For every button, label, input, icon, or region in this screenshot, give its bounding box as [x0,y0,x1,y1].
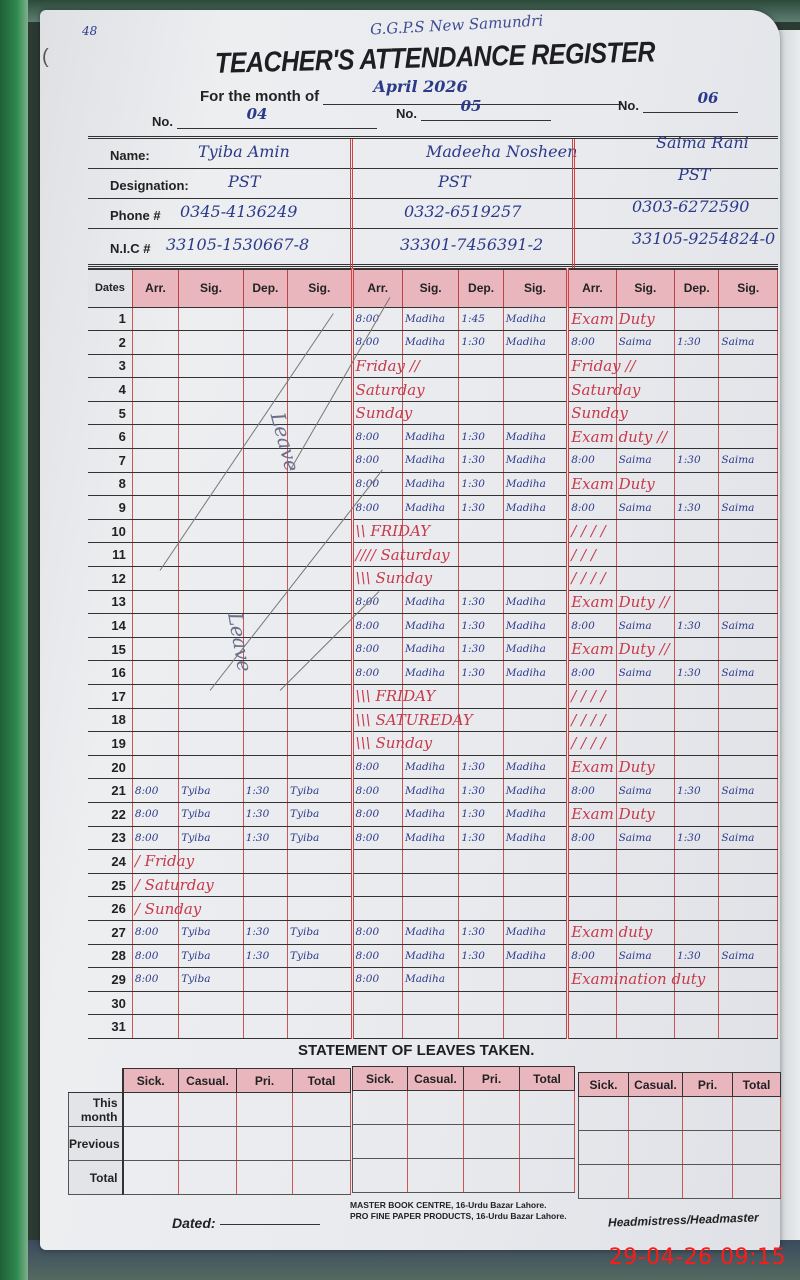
leaves-header-total: Total [520,1067,575,1091]
teacher-3-cell: Saima [719,944,778,968]
teacher-2-cell [503,873,568,897]
teacher-1-cell [179,590,244,614]
leaves-header-total: Total [733,1073,781,1097]
teacher-3-cell: / / / / [568,732,616,756]
teacher-2-cell: 1:30 [459,802,503,826]
teacher-1-cell: Tyiba [179,826,244,850]
teacher-2-cell [459,732,503,756]
teacher-1-cell [288,472,353,496]
date-cell: 2 [88,331,132,355]
teacher-2-cell: \\\ SATUREDAY [352,708,402,732]
teacher-2-cell [503,1015,568,1039]
teacher-3-cell [675,991,719,1015]
teacher-3-cell [616,519,674,543]
teacher-3-cell: 8:00 [568,944,616,968]
teacher-3-cell [675,732,719,756]
leave-cell [733,1131,781,1165]
date-cell: 17 [88,685,132,709]
teacher-3-cell: 8:00 [568,779,616,803]
teacher-1-cell: 8:00 [132,920,178,944]
teacher-1-cell [288,543,353,567]
teacher-2-cell: Madiha [503,307,568,331]
teacher-1-cell [132,661,178,685]
nic-row: N.I.C # 33105-1530667-8 33301-7456391-2 … [88,229,778,267]
leave-cell [629,1131,683,1165]
teacher-2-cell: 1:30 [459,472,503,496]
leaves-header-sick: Sick. [123,1069,179,1093]
teacher-2-cell: 8:00 [352,802,402,826]
teacher-2-cell: Madiha [402,802,458,826]
teacher-3-cell [675,590,719,614]
table-row: 78:00Madiha1:30Madiha8:00Saima1:30Saima [88,449,778,473]
teacher-3-cell [675,567,719,591]
leave-cell [179,1127,237,1161]
table-row: 148:00Madiha1:30Madiha8:00Saima1:30Saima [88,614,778,638]
teacher-3-cell: Saima [719,661,778,685]
teacher-3-cell [675,755,719,779]
header-arr: Arr. [132,269,178,307]
teacher-3-cell [719,920,778,944]
teacher-3-cell [719,307,778,331]
teacher-1-cell [179,543,244,567]
teacher-1-cell [132,519,178,543]
leaves-header-pri: Pri. [464,1067,520,1091]
teacher-2-cell: 8:00 [352,968,402,992]
teacher-1-cell [132,472,178,496]
teacher-1-cell: Tyiba [288,826,353,850]
teacher-3-cell: 8:00 [568,614,616,638]
teacher-1-cell [179,519,244,543]
teacher-3-cell [719,873,778,897]
teacher-2-cell [503,543,568,567]
header-arr: Arr. [568,269,616,307]
date-cell: 31 [88,1015,132,1039]
table-row: 31 [88,1015,778,1039]
binder-edge [0,0,28,1280]
teacher-2-cell: Madiha [402,331,458,355]
teacher-2-cell [352,850,402,874]
teacher-2-cell: 1:30 [459,920,503,944]
page-title: TEACHER'S ATTENDANCE REGISTER [215,36,656,81]
teacher-1-cell [132,496,178,520]
table-row: 278:00Tyiba1:30Tyiba8:00Madiha1:30Madiha… [88,920,778,944]
teacher-2-cell: 1:30 [459,826,503,850]
teacher-1-cell: 1:30 [243,920,287,944]
teacher-1-cell [132,637,178,661]
leave-cell [579,1131,629,1165]
teacher-3-cell: Saima [719,779,778,803]
teacher-no-1: No. 04 [152,114,377,129]
teacher-1-cell [288,307,353,331]
teacher-2-cell [352,1015,402,1039]
teacher-2-cell: Madiha [503,331,568,355]
table-row: 18\\\ SATUREDAY/ / / / [88,708,778,732]
teacher-2-cell: Madiha [503,755,568,779]
teacher-2-cell: \\\ Sunday [352,567,402,591]
date-cell: 7 [88,449,132,473]
date-cell: 29 [88,968,132,992]
teacher-2-cell: Madiha [402,944,458,968]
teacher-2-cell: 8:00 [352,425,402,449]
teacher-1-cell [243,519,287,543]
teacher-2-cell: Madiha [503,802,568,826]
row-this-month: This month [69,1093,123,1127]
teacher-2-cell: Saturday [352,378,402,402]
teacher-2-cell [503,685,568,709]
teacher-2-cell: Madiha [503,779,568,803]
teacher-1-cell [243,897,287,921]
date-cell: 20 [88,755,132,779]
teacher-2-cell [402,1015,458,1039]
teacher-2-cell: Madiha [503,637,568,661]
teacher-3-cell [675,873,719,897]
month-value: April 2026 [373,77,467,96]
teacher-3-cell: Saima [719,614,778,638]
leave-cell [353,1159,408,1193]
teacher-1-cell [288,708,353,732]
teacher-3-cell: Saima [616,331,674,355]
teacher-1-cell: 1:30 [243,779,287,803]
teacher-3-cell: Exam Duty [568,307,616,331]
teacher-2-cell: Madiha [503,661,568,685]
teacher-3-cell [719,401,778,425]
teacher-1-cell [179,401,244,425]
teacher-1-cell: 1:30 [243,826,287,850]
leave-cell [579,1165,629,1199]
date-cell: 27 [88,920,132,944]
teacher-3-cell: / / / / [568,519,616,543]
teacher-2-cell [503,401,568,425]
table-row: 18:00Madiha1:45MadihaExam Duty [88,307,778,331]
table-row: 24/ Friday [88,850,778,874]
table-row: 158:00Madiha1:30MadihaExam Duty // [88,637,778,661]
leave-cell [237,1093,293,1127]
date-cell: 4 [88,378,132,402]
date-cell: 28 [88,944,132,968]
teacher-2-cell: 1:30 [459,779,503,803]
teacher-3-cell [675,708,719,732]
teacher-1-cell [243,873,287,897]
teacher-1-cell [179,567,244,591]
teacher-1-cell [132,685,178,709]
teacher-2-cell: 1:30 [459,496,503,520]
table-row: 30 [88,991,778,1015]
teacher-3-cell [675,401,719,425]
teacher-2-cell: Madiha [503,472,568,496]
teacher-1-cell [243,755,287,779]
teacher-3-cell [675,378,719,402]
teacher-3-cell: 1:30 [675,826,719,850]
row-total: Total [69,1161,123,1195]
teacher-2-cell: Madiha [503,449,568,473]
teacher-3-cell: Saima [616,661,674,685]
teacher-3-cell: 1:30 [675,661,719,685]
teacher-3-cell [616,543,674,567]
teacher-2-cell [459,897,503,921]
publisher-info: MASTER BOOK CENTRE, 16-Urdu Bazar Lahore… [350,1200,567,1222]
teacher-1-cell [243,968,287,992]
teacher-2-cell [459,685,503,709]
teacher-1-cell [132,708,178,732]
teacher-2-cell: 8:00 [352,637,402,661]
teacher-3-cell: 8:00 [568,496,616,520]
date-cell: 11 [88,543,132,567]
teacher-3-cell [719,755,778,779]
teacher-3-cell: Exam Duty // [568,637,616,661]
teacher-3-cell: / / / [568,543,616,567]
leave-cell [179,1161,237,1195]
teacher-2-cell [503,850,568,874]
teacher-1-cell: / Saturday [132,873,178,897]
teacher-1-cell [132,732,178,756]
signature-label: Headmistress/Headmaster [608,1210,759,1229]
teacher-no-2: No. 05 [396,106,551,121]
teacher-2-cell [459,354,503,378]
teacher-no-3: No. 06 [618,98,738,113]
teacher-3-cell [568,873,616,897]
date-cell: 26 [88,897,132,921]
teacher-2-cell: Madiha [402,755,458,779]
date-cell: 8 [88,472,132,496]
teacher-2-cell [503,354,568,378]
teacher-1-cell [132,1015,178,1039]
leaves-table-1: Sick. Casual. Pri. Total This month Prev… [68,1068,351,1195]
teacher-3-cell [719,378,778,402]
teacher-3-cell: 1:30 [675,614,719,638]
leave-cell [408,1159,464,1193]
leave-cell [408,1091,464,1125]
teacher-1-cell [132,991,178,1015]
teacher-3-cell [675,354,719,378]
teacher-3-cell [719,991,778,1015]
teacher-1-cell [132,755,178,779]
teacher-1-cell [179,354,244,378]
teacher-1-cell [132,354,178,378]
teacher-1-cell [288,897,353,921]
teacher-3-cell [616,685,674,709]
teacher-2-cell: Madiha [503,590,568,614]
teacher-2-cell: Madiha [503,614,568,638]
teacher-2-cell [459,401,503,425]
teacher-info-block: Name: Tyiba Amin Madeeha Nosheen Saima R… [88,136,778,268]
teacher-2-cell: 8:00 [352,944,402,968]
teacher-2-cell [503,567,568,591]
teacher-1-cell [179,307,244,331]
header-sig: Sig. [179,269,244,307]
teacher-2-cell: 8:00 [352,661,402,685]
teacher-3-cell [616,708,674,732]
teacher-2-cell: Sunday [352,401,402,425]
teacher-1-cell [288,968,353,992]
school-name: G.G.P.S New Samundri [370,11,544,38]
teacher-1-cell [288,519,353,543]
teacher-3-cell [675,802,719,826]
teacher-2-cell: Madiha [503,944,568,968]
date-cell: 18 [88,708,132,732]
leave-cell [293,1093,351,1127]
date-cell: 5 [88,401,132,425]
teacher-1-designation: PST [228,172,260,191]
leaves-header-total: Total [293,1069,351,1093]
teacher-2-cell [503,968,568,992]
leaves-title: STATEMENT OF LEAVES TAKEN. [298,1042,534,1059]
teacher-2-cell: 1:30 [459,449,503,473]
bracket-mark: ( [42,46,49,69]
leave-cell [733,1165,781,1199]
date-cell: 16 [88,661,132,685]
leave-cell [579,1097,629,1131]
teacher-3-cell: 1:30 [675,496,719,520]
teacher-3-cell [719,519,778,543]
teacher-3-cell: / / / / [568,567,616,591]
teacher-2-cell: 8:00 [352,779,402,803]
table-row: 26/ Sunday [88,897,778,921]
teacher-2-cell: 1:30 [459,331,503,355]
teacher-3-cell: 1:30 [675,944,719,968]
leave-cell [123,1127,179,1161]
teacher-2-cell: 1:30 [459,590,503,614]
teacher-3-cell: / / / / [568,708,616,732]
teacher-3-cell: Saima [616,449,674,473]
teacher-2-cell: 1:30 [459,614,503,638]
teacher-1-cell [132,614,178,638]
teacher-2-cell [503,708,568,732]
leave-cell [293,1127,351,1161]
teacher-1-cell: 8:00 [132,826,178,850]
teacher-3-cell [616,873,674,897]
phone-row: Phone # 0345-4136249 0332-6519257 0303-6… [88,199,778,229]
teacher-3-nic: 33105-9254824-0 [632,229,775,248]
teacher-2-cell: Madiha [402,496,458,520]
date-cell: 30 [88,991,132,1015]
camera-timestamp: 29-04-26 09:15 [609,1245,786,1270]
teacher-1-cell [288,378,353,402]
date-cell: 23 [88,826,132,850]
teacher-2-cell: Madiha [402,472,458,496]
teacher-3-cell [675,472,719,496]
leave-cell [408,1125,464,1159]
table-row: 168:00Madiha1:30Madiha8:00Saima1:30Saima [88,661,778,685]
header-arr: Arr. [352,269,402,307]
teacher-3-cell: 1:30 [675,331,719,355]
teacher-3-cell [719,543,778,567]
leave-cell [179,1093,237,1127]
teacher-2-cell [459,543,503,567]
teacher-3-cell: Examination duty [568,968,616,992]
teacher-3-cell [719,354,778,378]
teacher-2-cell [459,1015,503,1039]
teacher-3-cell [719,850,778,874]
header-sig: Sig. [503,269,568,307]
leave-cell [123,1093,179,1127]
teacher-3-cell: Saima [616,944,674,968]
header-sig: Sig. [288,269,353,307]
teacher-2-cell [459,873,503,897]
teacher-3-cell [616,567,674,591]
teacher-2-cell [352,897,402,921]
row-previous: Previous [69,1127,123,1161]
leave-cell [353,1125,408,1159]
date-cell: 9 [88,496,132,520]
teacher-3-cell [616,1015,674,1039]
teacher-2-cell [459,519,503,543]
teacher-2-cell [402,991,458,1015]
teacher-2-cell: Madiha [402,307,458,331]
teacher-2-name: Madeeha Nosheen [426,142,577,161]
teacher-1-cell [243,496,287,520]
leave-cell [683,1165,733,1199]
teacher-3-cell [719,968,778,992]
column-divider [350,139,353,271]
table-row: 298:00Tyiba8:00MadihaExamination duty [88,968,778,992]
teacher-3-cell: Saturday [568,378,616,402]
header-dep: Dep. [675,269,719,307]
header-dep: Dep. [243,269,287,307]
teacher-2-cell: \\\ FRIDAY [352,685,402,709]
header-sig: Sig. [402,269,458,307]
teacher-1-cell: 8:00 [132,779,178,803]
teacher-2-cell: 1:30 [459,637,503,661]
teacher-2-cell [459,968,503,992]
teacher-2-phone: 0332-6519257 [404,202,521,221]
teacher-1-cell: Tyiba [179,779,244,803]
teacher-2-cell: Madiha [402,637,458,661]
teacher-1-cell: / Sunday [132,897,178,921]
teacher-3-cell [719,472,778,496]
teacher-1-cell [243,354,287,378]
teacher-1-cell [132,590,178,614]
date-cell: 1 [88,307,132,331]
teacher-1-cell [132,567,178,591]
table-row: 17\\\ FRIDAY/ / / / [88,685,778,709]
teacher-3-cell: 1:30 [675,449,719,473]
teacher-2-cell [503,378,568,402]
teacher-1-cell [288,1015,353,1039]
teacher-3-cell: Friday // [568,354,616,378]
teacher-1-cell [288,496,353,520]
teacher-2-cell [503,732,568,756]
teacher-1-cell: Tyiba [179,802,244,826]
dated-field: Dated: [172,1215,320,1231]
leave-cell [683,1131,733,1165]
teacher-3-cell [568,897,616,921]
teacher-2-cell [503,991,568,1015]
teacher-3-cell: Saima [719,449,778,473]
column-divider [572,139,575,271]
teacher-3-cell [719,425,778,449]
teacher-2-cell [459,850,503,874]
teacher-1-cell [288,755,353,779]
teacher-3-cell: Sunday [568,401,616,425]
teacher-1-cell [132,331,178,355]
teacher-1-cell [288,590,353,614]
teacher-3-phone: 0303-6272590 [632,197,749,216]
teacher-2-cell: Madiha [503,826,568,850]
leaves-header-casual: Casual. [179,1069,237,1093]
teacher-3-name: Saima Rani [656,133,749,152]
teacher-1-cell [179,425,244,449]
teacher-1-cell: 8:00 [132,802,178,826]
teacher-2-cell [503,897,568,921]
teacher-2-designation: PST [438,172,470,191]
teacher-3-cell [719,637,778,661]
teacher-1-cell [179,378,244,402]
table-row: 288:00Tyiba1:30Tyiba8:00Madiha1:30Madiha… [88,944,778,968]
teacher-1-cell [179,1015,244,1039]
teacher-2-cell: 1:30 [459,944,503,968]
teacher-2-cell: Madiha [402,425,458,449]
teacher-2-cell: Madiha [402,614,458,638]
